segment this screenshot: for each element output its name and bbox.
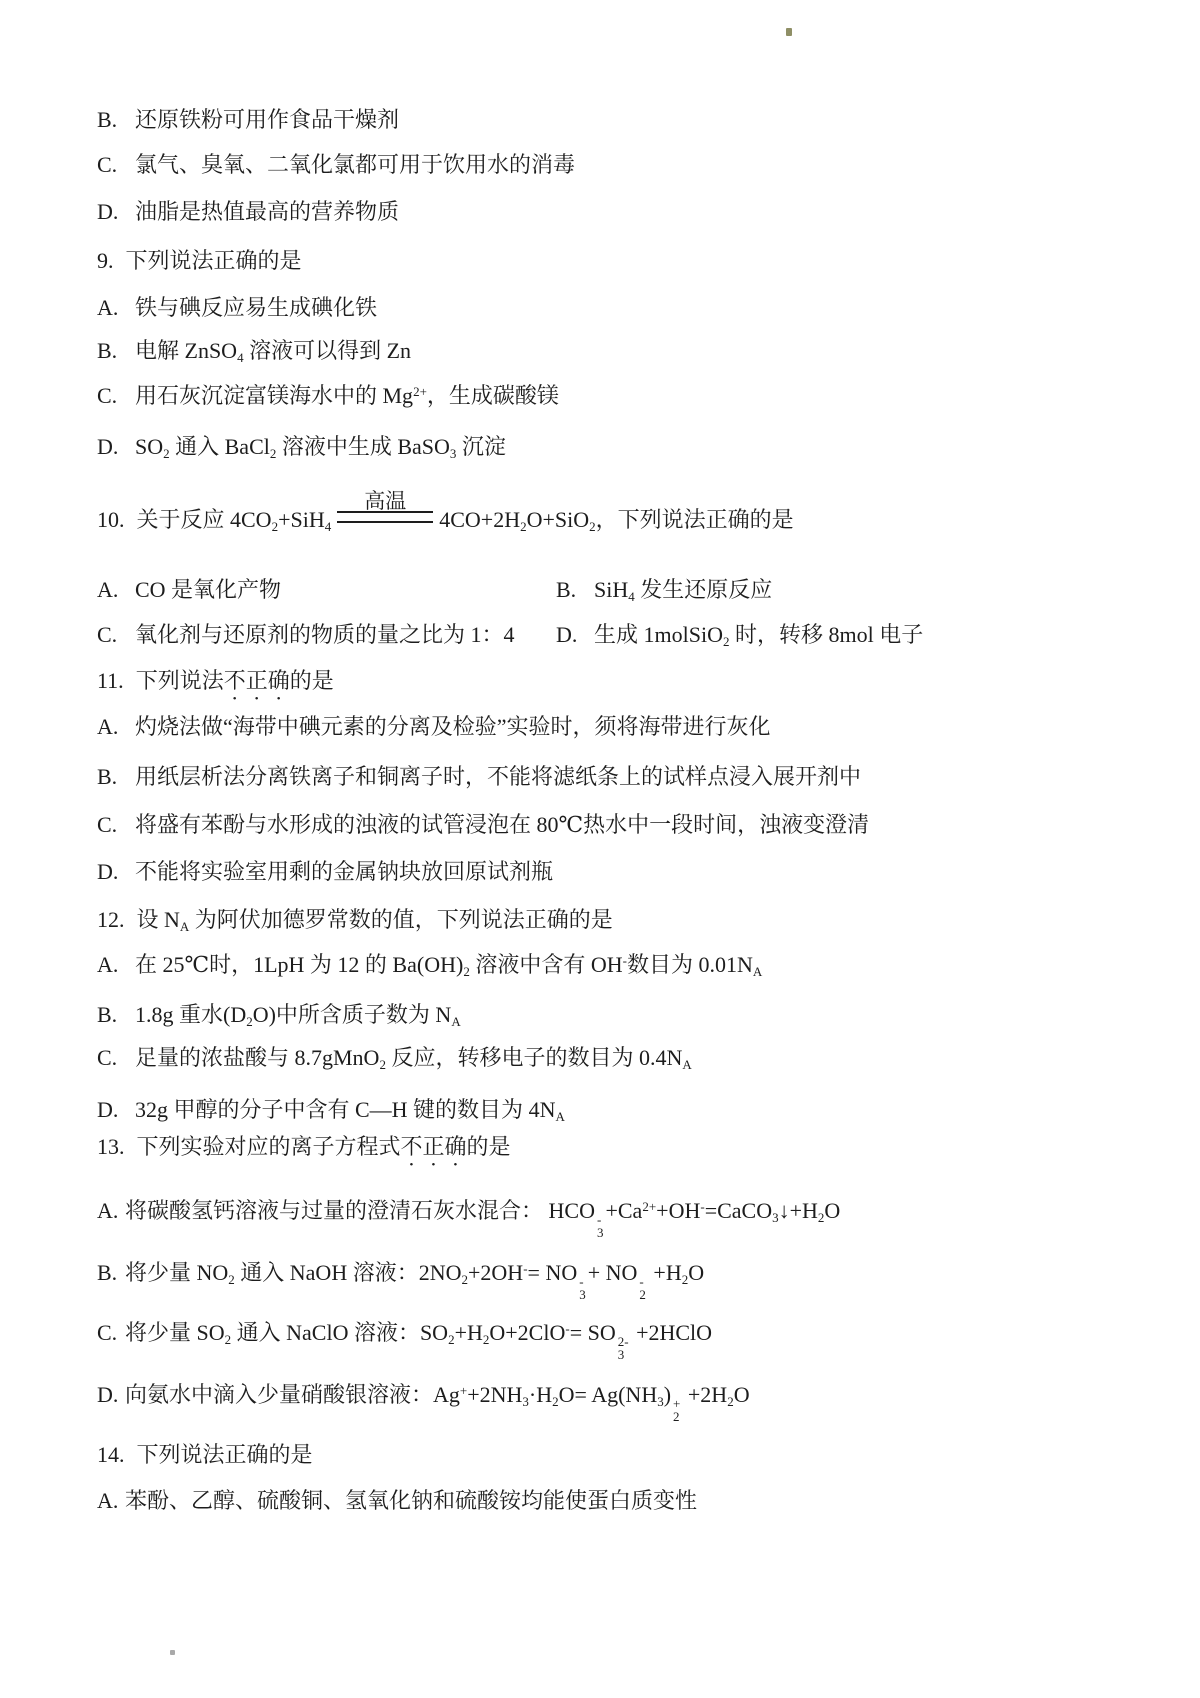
option-label: B. [97,105,135,135]
ionic-equation: 将少量 NO2 通入 NaOH 溶液：2NO2+2OH-= NO-3+ NO-2… [125,1260,704,1285]
q8-option-c: C.氯气、臭氧、二氧化氯都可用于饮用水的消毒 [97,150,575,180]
option-text: 在 25℃时，1LpH 为 12 的 Ba(OH)2 溶液中含有 OH-数目为 … [135,952,762,977]
option-text: 32g 甲醇的分子中含有 C—H 键的数目为 4NA [135,1097,565,1122]
q9-option-b: B.电解 ZnSO4 溶液可以得到 Zn [97,336,411,366]
option-label: B. [97,1000,135,1030]
option-label: C. [97,1043,135,1073]
question-number: 10. [97,505,125,535]
q9-option-d: D.SO2 通入 BaCl2 溶液中生成 BaSO3 沉淀 [97,432,506,462]
option-label: B. [97,336,135,366]
q14-stem: 14.下列说法正确的是 [97,1440,313,1470]
q12-option-c: C.足量的浓盐酸与 8.7gMnO2 反应，转移电子的数目为 0.4NA [97,1043,692,1073]
option-label: C. [97,810,135,840]
question-text: 设 NA 为阿伏加德罗常数的值，下列说法正确的是 [137,907,613,932]
q12-option-b: B.1.8g 重水(D2O)中所含质子数为 NA [97,1000,461,1030]
q11-stem: 11.下列说法不正确的是 [97,666,334,705]
q10-option-a: A.CO 是氧化产物 [97,575,281,605]
option-label: A. [97,950,135,980]
equation-left: 关于反应 4CO2+SiH4 [137,507,332,532]
question-text: 下列说法正确的是 [137,1442,313,1467]
ionic-equation: 将少量 SO2 通入 NaClO 溶液：SO2+H2O+2ClO-= SO2-3… [125,1320,712,1345]
option-label: D. [97,197,135,227]
question-number: 12. [97,905,125,935]
question-text: 下列说法不正确的是 [136,668,334,693]
scan-speck-bottom [170,1650,175,1655]
option-label: C. [97,620,135,650]
option-label: A. [97,712,135,742]
ionic-equation: 将碳酸氢钙溶液与过量的澄清石灰水混合： HCO-3+Ca2++OH-=CaCO3… [125,1198,840,1223]
option-text: 足量的浓盐酸与 8.7gMnO2 反应，转移电子的数目为 0.4NA [135,1045,692,1070]
option-text: 氧化剂与还原剂的物质的量之比为 1：4 [135,622,515,647]
question-number: 9. [97,246,114,276]
option-text: 苯酚、乙醇、硫酸铜、氢氧化钠和硫酸铵均能使蛋白质变性 [125,1488,697,1513]
option-text: CO 是氧化产物 [135,577,281,602]
q12-option-d: D.32g 甲醇的分子中含有 C—H 键的数目为 4NA [97,1095,565,1125]
option-text: SiH4 发生还原反应 [594,577,772,602]
option-label: D. [556,620,594,650]
q13-stem: 13.下列实验对应的离子方程式不正确的是 [97,1132,511,1171]
scan-speck-top [786,28,792,36]
option-label: B. [556,575,594,605]
option-text: 铁与碘反应易生成碘化铁 [135,295,377,320]
option-label: D. [97,1380,125,1410]
q11-option-a: A.灼烧法做“海带中碘元素的分离及检验”实验时，须将海带进行灰化 [97,712,771,742]
condition-label: 高温 [364,491,406,512]
q8-option-d: D.油脂是热值最高的营养物质 [97,197,399,227]
option-label: C. [97,381,135,411]
q11-option-b: B.用纸层析法分离铁离子和铜离子时，不能将滤纸条上的试样点浸入展开剂中 [97,762,861,792]
q13-option-a: A.将碳酸氢钙溶液与过量的澄清石灰水混合： HCO-3+Ca2++OH-=CaC… [97,1196,840,1239]
q13-option-c: C.将少量 SO2 通入 NaClO 溶液：SO2+H2O+2ClO-= SO2… [97,1318,712,1361]
option-text: 还原铁粉可用作食品干燥剂 [135,107,399,132]
option-text: 灼烧法做“海带中碘元素的分离及检验”实验时，须将海带进行灰化 [135,714,771,739]
question-text: 下列实验对应的离子方程式不正确的是 [137,1134,511,1159]
option-text: SO2 通入 BaCl2 溶液中生成 BaSO3 沉淀 [135,434,506,459]
q11-option-c: C.将盛有苯酚与水形成的浊液的试管浸泡在 80℃热水中一段时间，浊液变澄清 [97,810,869,840]
option-label: C. [97,150,135,180]
option-text: 电解 ZnSO4 溶液可以得到 Zn [135,338,411,363]
q14-option-a: A.苯酚、乙醇、硫酸铜、氢氧化钠和硫酸铵均能使蛋白质变性 [97,1486,697,1516]
option-label: D. [97,1095,135,1125]
question-number: 13. [97,1132,125,1162]
q12-option-a: A.在 25℃时，1LpH 为 12 的 Ba(OH)2 溶液中含有 OH-数目… [97,950,762,980]
q8-option-b: B.还原铁粉可用作食品干燥剂 [97,105,399,135]
option-label: C. [97,1318,125,1348]
option-label: D. [97,857,135,887]
question-text: 下列说法正确的是 [126,248,302,273]
q10-option-c: C.氧化剂与还原剂的物质的量之比为 1：4 [97,620,515,650]
q10-option-d: D.生成 1molSiO2 时，转移 8mol 电子 [556,620,923,650]
option-label: B. [97,762,135,792]
option-label: B. [97,1258,125,1288]
option-text: 1.8g 重水(D2O)中所含质子数为 NA [135,1002,461,1027]
q9-option-c: C.用石灰沉淀富镁海水中的 Mg2+，生成碳酸镁 [97,381,559,411]
q12-stem: 12.设 NA 为阿伏加德罗常数的值，下列说法正确的是 [97,905,613,935]
q9-option-a: A.铁与碘反应易生成碘化铁 [97,293,377,323]
q9-stem: 9.下列说法正确的是 [97,246,302,276]
option-label: A. [97,1486,125,1516]
option-label: D. [97,432,135,462]
ionic-equation: 向氨水中滴入少量硝酸银溶液：Ag++2NH3·H2O= Ag(NH3)+2 +2… [125,1382,750,1407]
option-label: A. [97,575,135,605]
option-text: 不能将实验室用剩的金属钠块放回原试剂瓶 [135,859,553,884]
option-text: 用石灰沉淀富镁海水中的 Mg2+，生成碳酸镁 [135,383,559,408]
question-number: 11. [97,666,124,696]
q11-option-d: D.不能将实验室用剩的金属钠块放回原试剂瓶 [97,857,553,887]
option-text: 油脂是热值最高的营养物质 [135,199,399,224]
q10-option-b: B.SiH4 发生还原反应 [556,575,772,605]
exam-page: B.还原铁粉可用作食品干燥剂 C.氯气、臭氧、二氧化氯都可用于饮用水的消毒 D.… [0,0,1200,1698]
q13-option-d: D.向氨水中滴入少量硝酸银溶液：Ag++2NH3·H2O= Ag(NH3)+2 … [97,1380,750,1423]
reaction-condition-equals: 高温 [337,511,433,523]
option-text: 用纸层析法分离铁离子和铜离子时，不能将滤纸条上的试样点浸入展开剂中 [135,764,861,789]
question-number: 14. [97,1440,125,1470]
option-label: A. [97,293,135,323]
q10-stem: 10.关于反应 4CO2+SiH4高温4CO+2H2O+SiO2，下列说法正确的… [97,505,794,535]
q13-option-b: B.将少量 NO2 通入 NaOH 溶液：2NO2+2OH-= NO-3+ NO… [97,1258,704,1301]
option-label: A. [97,1196,125,1226]
option-text: 氯气、臭氧、二氧化氯都可用于饮用水的消毒 [135,152,575,177]
option-text: 生成 1molSiO2 时，转移 8mol 电子 [594,622,923,647]
option-text: 将盛有苯酚与水形成的浊液的试管浸泡在 80℃热水中一段时间，浊液变澄清 [135,812,869,837]
equation-right: 4CO+2H2O+SiO2，下列说法正确的是 [439,507,793,532]
